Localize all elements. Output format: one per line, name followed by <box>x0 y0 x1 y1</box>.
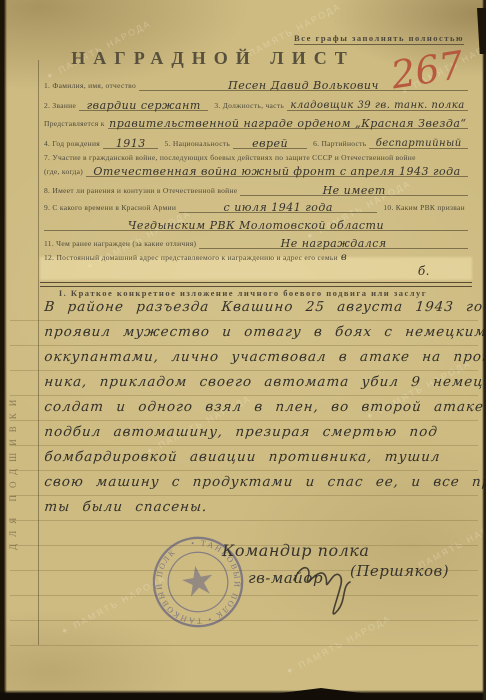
field-label: 1. Фамилия, имя, отчество <box>44 81 139 91</box>
page-title: НАГРАДНОЙ ЛИСТ <box>0 48 426 69</box>
field-war-participation: (где, когда) Отечественная война южный ф… <box>44 166 468 177</box>
field-label: 10. Каким РВК призван <box>377 203 468 213</box>
field-birth-nationality-party: 4. Год рождения 1913 5. Национальность е… <box>44 137 468 149</box>
field-label: (где, когда) <box>44 167 86 177</box>
signature-name: (Першяков) <box>350 562 449 580</box>
field-recommended-award: Представляется к правительственной награ… <box>44 118 468 129</box>
stray-ink-mark: б. <box>418 264 430 278</box>
section-divider <box>40 282 472 287</box>
field-label: 5. Национальность <box>158 139 233 149</box>
field-value-handwritten: Отечественная война южный фронт с апреля… <box>93 165 460 178</box>
feat-line: оккупантами, лично участвовал в атаке на… <box>43 349 473 374</box>
scan-edge-right <box>482 0 486 700</box>
field-value-handwritten: беспартийный <box>376 138 462 149</box>
field-label: 6. Партийность <box>307 139 369 149</box>
scan-edge-bottom <box>0 690 486 700</box>
field-label: 9. С какого времени в Красной Армии <box>44 203 179 213</box>
field-label: 4. Год рождения <box>44 139 103 149</box>
field-label: 3. Должность, часть <box>208 101 287 111</box>
field-value-handwritten: кладовщик 39 гв. танк. полка <box>290 100 464 111</box>
field-label: 2. Звание <box>44 101 79 111</box>
field-label: 12. Постоянный домашний адрес представля… <box>44 253 341 263</box>
feat-line: ты были спасены. <box>43 499 473 524</box>
field-drafted-by: Чегдынским РВК Молотовской области <box>44 220 468 231</box>
feat-line: подбил автомашину, презирая смертью под <box>43 424 473 449</box>
stamp-emblem-star <box>180 563 215 598</box>
field-label-war-participation: 7. Участие в гражданской войне, последую… <box>44 153 468 162</box>
field-label: 11. Чем ранее награжден (за какие отличи… <box>44 239 199 249</box>
field-wounds: 8. Имеет ли ранения и контузии в Отечест… <box>44 185 468 196</box>
field-value-handwritten: гвардии сержант <box>87 99 201 112</box>
field-value-handwritten: в <box>341 252 347 263</box>
field-home-address: 12. Постоянный домашний адрес представля… <box>44 252 468 263</box>
field-rank-and-unit: 2. Звание гвардии сержант 3. Должность, … <box>44 99 468 111</box>
field-value-handwritten: с июля 1941 года <box>224 201 333 214</box>
field-value-handwritten: Не награждался <box>281 237 387 250</box>
field-previous-awards: 11. Чем ранее награжден (за какие отличи… <box>44 238 468 249</box>
field-army-since: 9. С какого времени в Красной Армии с ию… <box>44 202 468 213</box>
feat-line: проявил мужество и отвагу в боях с немец… <box>43 324 473 349</box>
feat-section-header: I. Краткое конкретное изложение личного … <box>0 288 486 298</box>
field-value-handwritten: Чегдынским РВК Молотовской области <box>128 219 384 232</box>
field-value-handwritten: правительственной награде орденом „Красн… <box>109 117 466 130</box>
field-value-handwritten: Не имеет <box>323 184 386 197</box>
feat-line: В районе разъезда Квашино 25 августа 194… <box>43 299 473 324</box>
feat-line: солдат и одного взял в плен, во второй а… <box>43 399 473 424</box>
feat-line: бомбардировкой авиации противника, тушил <box>43 449 473 474</box>
fill-all-fields-instruction: Все графы заполнять полностью <box>294 33 464 45</box>
field-value-handwritten: 1913 <box>116 137 146 150</box>
field-value-handwritten: Песен Давид Волькович <box>228 79 379 92</box>
feat-line: ника, прикладом своего автомата убил 9 н… <box>43 374 473 399</box>
field-label: Представляется к <box>44 119 108 129</box>
award-sheet-scan: ✦ ПАМЯТЬ НАРОДА ✦ ПАМЯТЬ НАРОДА ✦ ПАМЯТЬ… <box>0 0 486 700</box>
scan-edge-left <box>0 0 7 700</box>
feat-description: В районе разъезда Квашино 25 августа 194… <box>44 299 472 524</box>
field-label: 8. Имеет ли ранения и контузии в Отечест… <box>44 186 240 196</box>
field-value-handwritten: еврей <box>252 137 288 150</box>
feat-line: свою машину с продуктами и спас ее, и вс… <box>43 474 473 499</box>
